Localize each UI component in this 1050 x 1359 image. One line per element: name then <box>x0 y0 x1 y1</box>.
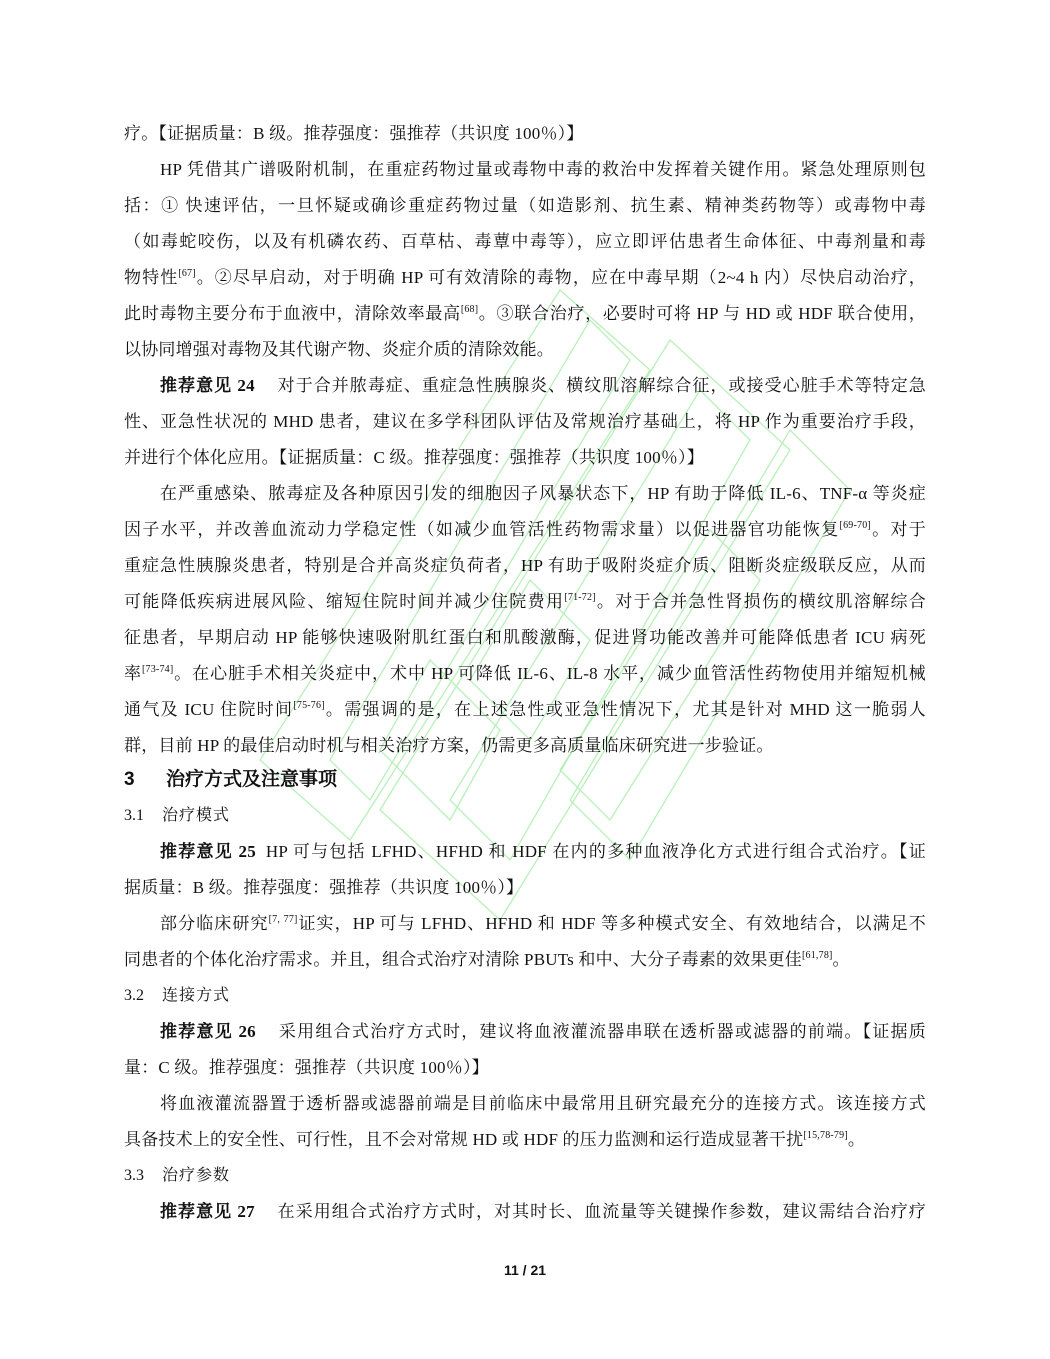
text-span: 。③联合治疗，必要时可将 HP 与 HD 或 HDF 联合使用， <box>478 304 926 323</box>
text-span: 同患者的个体化治疗需求。并且，组合式治疗对清除 PBUTs 和中、大分子毒素的效… <box>124 950 802 969</box>
recommendation-27: 推荐意见 27在采用组合式治疗方式时，对其时长、血流量等关键操作参数，建议需结合… <box>124 1202 926 1222</box>
recommendation-26: 推荐意见 26采用组合式治疗方式时，建议将血液灌流器串联在透析器或滤器的前端。【… <box>124 1022 926 1042</box>
text-span: 通气及 ICU 住院时间 <box>124 700 293 719</box>
citation: [75-76] <box>293 700 324 711</box>
paragraph-line: 同患者的个体化治疗需求。并且，组合式治疗对清除 PBUTs 和中、大分子毒素的效… <box>124 950 926 970</box>
paragraph-line: 将血液灌流器置于透析器或滤器前端是目前临床中最常用且研究最充分的连接方式。该连接… <box>124 1094 926 1114</box>
paragraph-line: 具备技术上的安全性、可行性，且不会对常规 HD 或 HDF 的压力监测和运行造成… <box>124 1130 926 1150</box>
paragraph-line: 并进行个体化应用。【证据质量：C 级。推荐强度：强推荐（共识度 100％）】 <box>124 448 926 468</box>
text-span: 率 <box>124 664 142 683</box>
paragraph-line: 通气及 ICU 住院时间[75-76]。需强调的是，在上述急性或亚急性情况下，尤… <box>124 700 926 720</box>
text-span: 。在心脏手术相关炎症中，术中 HP 可降低 IL-6、IL-8 水平，减少血管活… <box>173 664 926 683</box>
text-span: 可能降低疾病进展风险、缩短住院时间并减少住院费用 <box>124 592 564 611</box>
subsection-number: 3.3 <box>124 1166 162 1186</box>
text-span: 对于合并脓毒症、重症急性胰腺炎、横纹肌溶解综合征，或接受心脏手术等特定急 <box>277 376 926 395</box>
text-span: 。需强调的是，在上述急性或亚急性情况下，尤其是针对 MHD 这一脆弱人 <box>325 700 926 719</box>
paragraph-line: 可能降低疾病进展风险、缩短住院时间并减少住院费用[71-72]。对于合并急性肾损… <box>124 592 926 612</box>
paragraph-line: 括：① 快速评估，一旦怀疑或确诊重症药物过量（如造影剂、抗生素、精神类药物等）或… <box>124 196 926 216</box>
subsection-title: 连接方式 <box>162 987 230 1004</box>
subsection-number: 3.2 <box>124 986 162 1006</box>
recommendation-label: 推荐意见 26 <box>160 1022 256 1041</box>
text-span: 。 <box>848 1130 865 1149</box>
subsection-number: 3.1 <box>124 806 162 826</box>
text-span: 部分临床研究 <box>160 914 269 933</box>
paragraph-line: 此时毒物主要分布于血液中，清除效率最高[68]。③联合治疗，必要时可将 HP 与… <box>124 304 926 324</box>
recommendation-24: 推荐意见 24对于合并脓毒症、重症急性胰腺炎、横纹肌溶解综合征，或接受心脏手术等… <box>124 376 926 396</box>
paragraph-line: 物特性[67]。②尽早启动，对于明确 HP 可有效清除的毒物，应在中毒早期（2~… <box>124 268 926 288</box>
citation: [71-72] <box>564 592 595 603</box>
paragraph-line: 群，目前 HP 的最佳启动时机与相关治疗方案，仍需更多高质量临床研究进一步验证。 <box>124 736 926 756</box>
text-span: 。 <box>833 950 850 969</box>
citation: [69-70] <box>840 520 871 531</box>
subsection-heading-3-1: 3.1治疗模式 <box>124 806 230 826</box>
text-span: 。②尽早启动，对于明确 HP 可有效清除的毒物，应在中毒早期（2~4 h 内）尽… <box>196 268 926 287</box>
citation: [7, 77] <box>269 914 298 925</box>
recommendation-label: 推荐意见 24 <box>160 376 255 395</box>
recommendation-label: 推荐意见 25 <box>160 842 256 861</box>
paragraph-line: 量：C 级。推荐强度：强推荐（共识度 100％）】 <box>124 1058 926 1078</box>
text-span: 证实，HP 可与 LFHD、HFHD 和 HDF 等多种模式安全、有效地结合，以… <box>298 914 926 933</box>
paragraph-line: 征患者，早期启动 HP 能够快速吸附肌红蛋白和肌酸激酶，促进肾功能改善并可能降低… <box>124 628 926 648</box>
text-span: 在采用组合式治疗方式时，对其时长、血流量等关键操作参数，建议需结合治疗疗 <box>277 1202 926 1221</box>
paragraph-line: HP 凭借其广谱吸附机制，在重症药物过量或毒物中毒的救治中发挥着关键作用。紧急处… <box>124 160 926 180</box>
paragraph-line: 疗。【证据质量：B 级。推荐强度：强推荐（共识度 100％）】 <box>124 124 926 144</box>
subsection-title: 治疗参数 <box>162 1167 230 1184</box>
section-number: 3 <box>124 769 166 791</box>
recommendation-label: 推荐意见 27 <box>160 1202 255 1221</box>
section-title: 治疗方式及注意事项 <box>166 769 337 790</box>
citation: [68] <box>461 304 478 315</box>
paragraph-line: 性、亚急性状况的 MHD 患者，建议在多学科团队评估及常规治疗基础上，将 HP … <box>124 412 926 432</box>
paragraph-line: 在严重感染、脓毒症及各种原因引发的细胞因子风暴状态下，HP 有助于降低 IL-6… <box>124 484 926 504</box>
citation: [61,78] <box>802 950 833 961</box>
citation: [15,78-79] <box>803 1130 848 1141</box>
text-span: 此时毒物主要分布于血液中，清除效率最高 <box>124 304 461 323</box>
paragraph-line: 据质量：B 级。推荐强度：强推荐（共识度 100％）】 <box>124 878 926 898</box>
paragraph-line: 因子水平，并改善血流动力学稳定性（如减少血管活性药物需求量）以促进器官功能恢复[… <box>124 520 926 540</box>
text-span: 采用组合式治疗方式时，建议将血液灌流器串联在透析器或滤器的前端。【证据质 <box>278 1022 926 1041</box>
section-heading-3: 3治疗方式及注意事项 <box>124 769 337 791</box>
paragraph-line: 重症急性胰腺炎患者，特别是合并高炎症负荷者，HP 有助于吸附炎症介质、阻断炎症级… <box>124 556 926 576</box>
citation: [67] <box>178 268 195 279</box>
page-number: 11 / 21 <box>0 1262 1050 1278</box>
paragraph-line: 以协同增强对毒物及其代谢产物、炎症介质的清除效能。 <box>124 340 926 360</box>
text-span: HP 可与包括 LFHD、HFHD 和 HDF 在内的多种血液净化方式进行组合式… <box>266 842 926 861</box>
text-span: 。对于合并急性肾损伤的横纹肌溶解综合 <box>596 592 926 611</box>
paragraph-line: 部分临床研究[7, 77]证实，HP 可与 LFHD、HFHD 和 HDF 等多… <box>124 914 926 934</box>
paragraph-line: （如毒蛇咬伤，以及有机磷农药、百草枯、毒蕈中毒等），应立即评估患者生命体征、中毒… <box>124 232 926 252</box>
citation: [73-74] <box>142 664 173 675</box>
text-span: 物特性 <box>124 268 178 287</box>
text-span: 具备技术上的安全性、可行性，且不会对常规 HD 或 HDF 的压力监测和运行造成… <box>124 1130 803 1149</box>
recommendation-25: 推荐意见 25HP 可与包括 LFHD、HFHD 和 HDF 在内的多种血液净化… <box>124 842 926 862</box>
text-span: 因子水平，并改善血流动力学稳定性（如减少血管活性药物需求量）以促进器官功能恢复 <box>124 520 840 539</box>
subsection-title: 治疗模式 <box>162 807 230 824</box>
subsection-heading-3-3: 3.3治疗参数 <box>124 1166 230 1186</box>
subsection-heading-3-2: 3.2连接方式 <box>124 986 230 1006</box>
paragraph-line: 率[73-74]。在心脏手术相关炎症中，术中 HP 可降低 IL-6、IL-8 … <box>124 664 926 684</box>
text-span: 。对于 <box>871 520 926 539</box>
